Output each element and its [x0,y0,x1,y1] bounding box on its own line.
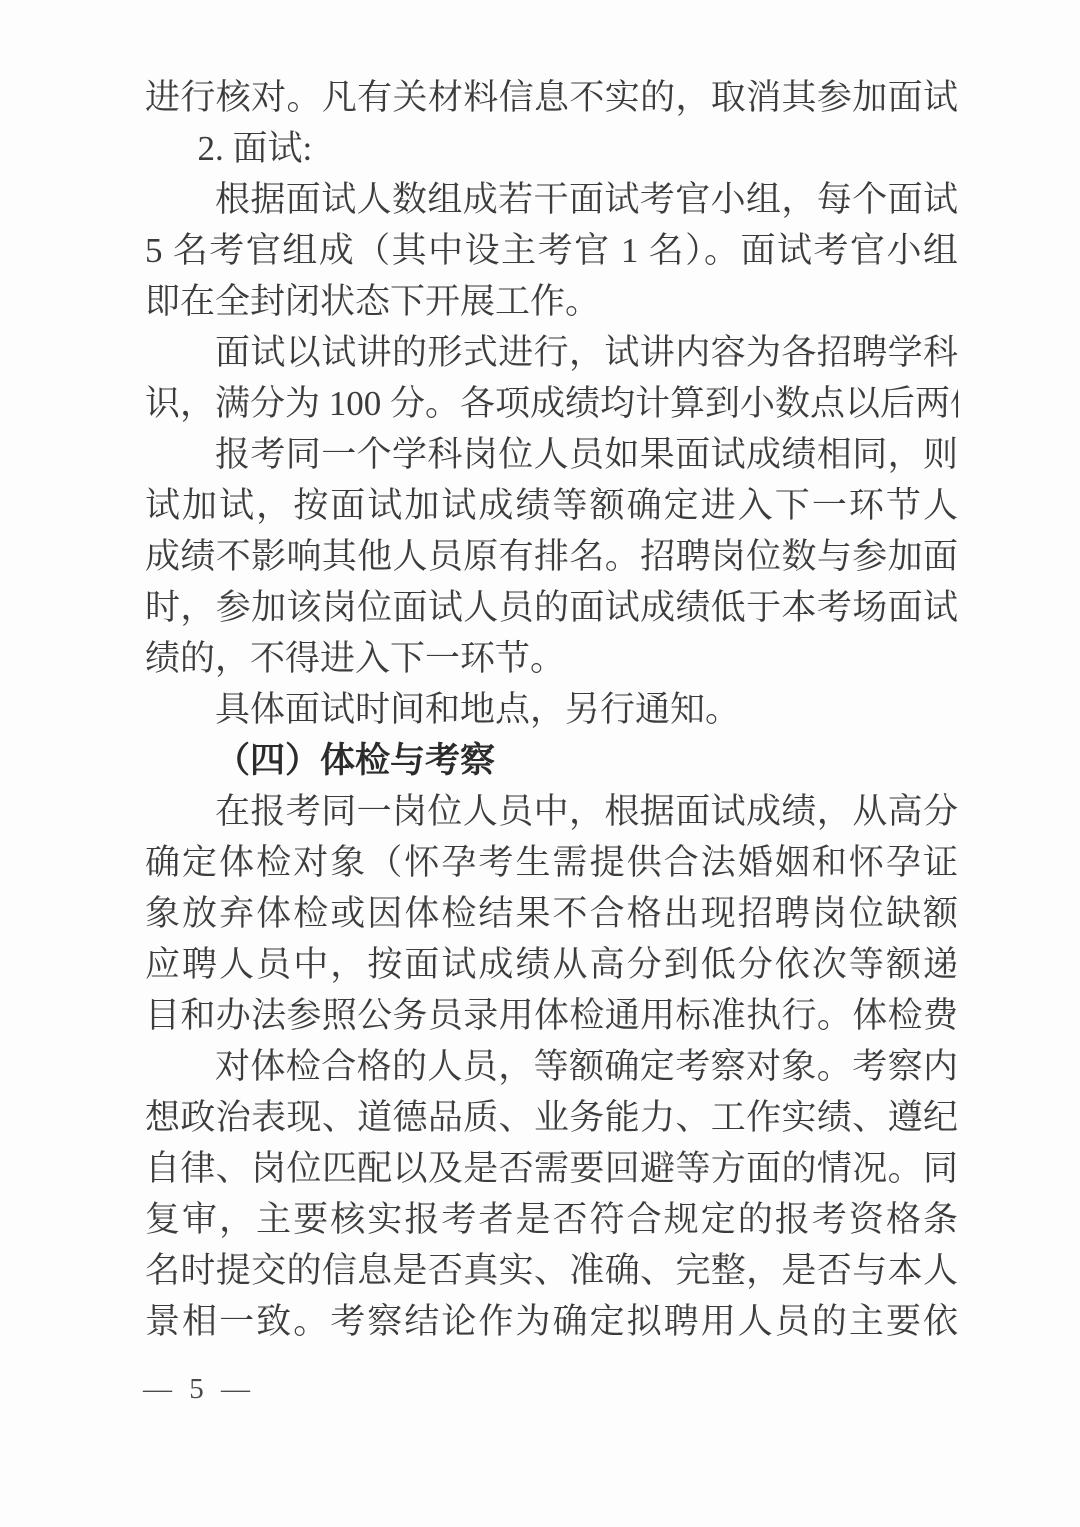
text-line: 目和办法参照公务员录用体检通用标准执行。体检费由考生自理。 [145,990,958,1041]
text-line: 进行核对。凡有关材料信息不实的，取消其参加面试资格。 [145,72,958,123]
text-line: 想政治表现、道德品质、业务能力、工作实绩、遵纪守法、廉洁 [145,1092,958,1143]
text-line: 名时提交的信息是否真实、准确、完整，是否与本人真实经历背 [145,1245,958,1296]
text-line: 试加试，按面试加试成绩等额确定进入下一环节人员，面试加试 [145,480,958,531]
text-line: 确定体检对象（怀孕考生需提供合法婚姻和怀孕证明）。体检对 [145,837,958,888]
text-line: 时，参加该岗位面试人员的面试成绩低于本考场面试考生平均成 [145,582,958,633]
document-body: 进行核对。凡有关材料信息不实的，取消其参加面试资格。2. 面试:根据面试人数组成… [145,72,958,1347]
text-line: 面试以试讲的形式进行，试讲内容为各招聘学科岗位相关知 [145,327,958,378]
text-line: 2. 面试: [145,123,958,174]
text-line: 景相一致。考察结论作为确定拟聘用人员的主要依据，对考察过 [145,1296,958,1347]
text-line: 复审，主要核实报考者是否符合规定的报考资格条件，确认其报 [145,1194,958,1245]
text-line: 报考同一个学科岗位人员如果面试成绩相同，则当场进行面 [145,429,958,480]
text-line: 识，满分为 100 分。各项成绩均计算到小数点以后两位数。 [145,378,958,429]
text-line: 5 名考官组成（其中设主考官 1 名）。面试考官小组一旦组成， [145,225,958,276]
text-line: 象放弃体检或因体检结果不合格出现招聘岗位缺额的，在同岗位 [145,888,958,939]
text-line: 成绩不影响其他人员原有排名。招聘岗位数与参加面试人数相等 [145,531,958,582]
text-line: 自律、岗位匹配以及是否需要回避等方面的情况。同时进行资格 [145,1143,958,1194]
text-line: 在报考同一岗位人员中，根据面试成绩，从高分到低分等额 [145,786,958,837]
text-line: 绩的，不得进入下一环节。 [145,633,958,684]
text-line: 应聘人员中，按面试成绩从高分到低分依次等额递补。体检的项 [145,939,958,990]
text-line: 对体检合格的人员，等额确定考察对象。考察内容主要是思 [145,1041,958,1092]
section-heading: （四）体检与考察 [145,735,958,786]
text-line: 具体面试时间和地点，另行通知。 [145,684,958,735]
text-line: 根据面试人数组成若干面试考官小组，每个面试考官小组由 [145,174,958,225]
text-line: 即在全封闭状态下开展工作。 [145,276,958,327]
document-page: 进行核对。凡有关材料信息不实的，取消其参加面试资格。2. 面试:根据面试人数组成… [0,0,1080,1527]
page-number: — 5 — [143,1373,255,1406]
